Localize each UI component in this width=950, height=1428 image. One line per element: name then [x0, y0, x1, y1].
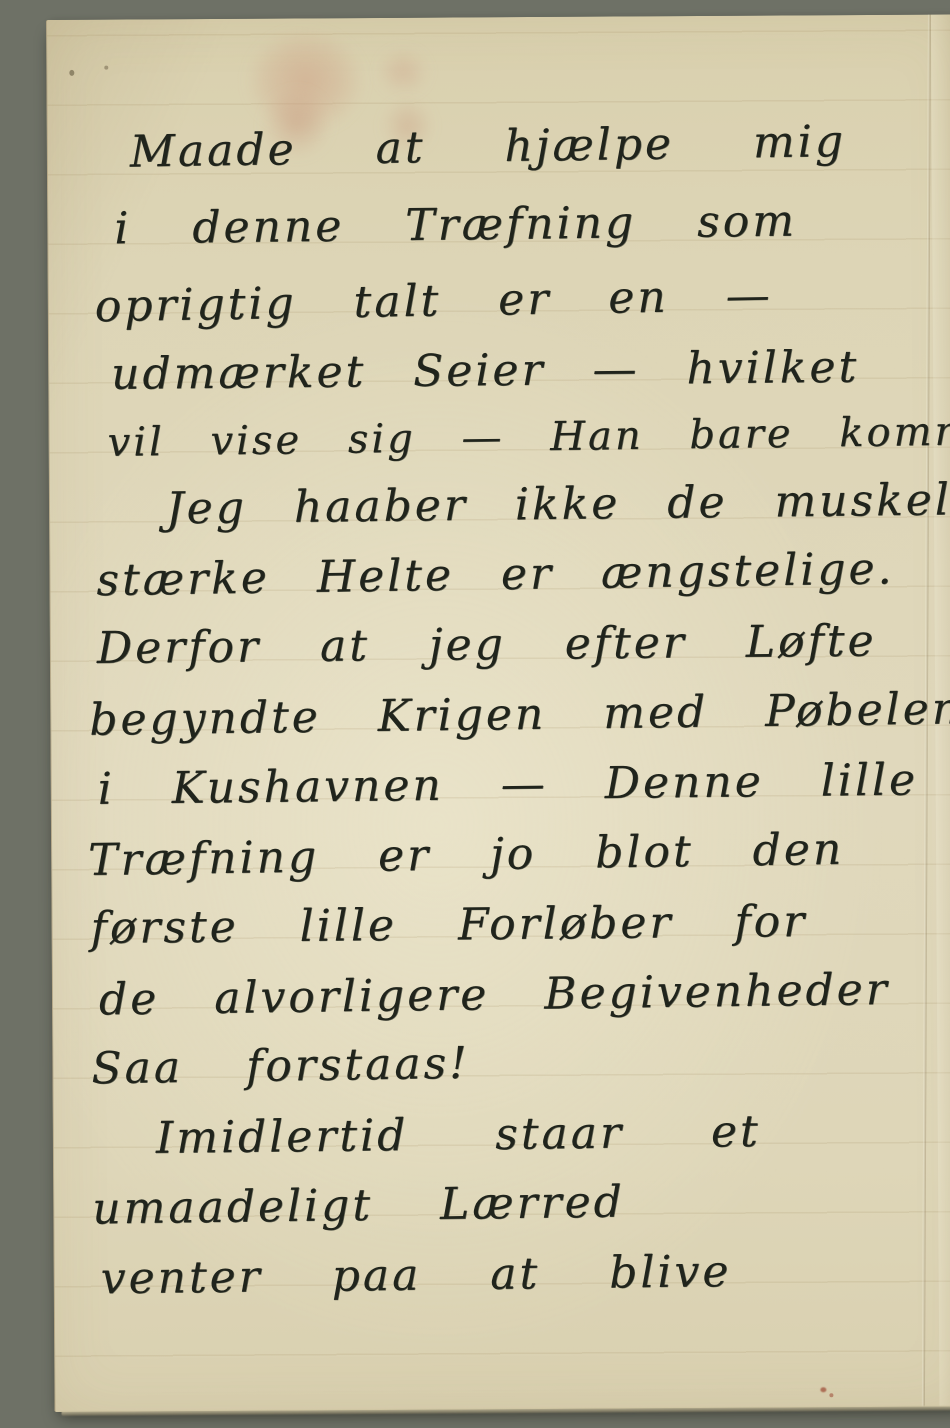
letter-line: i Kushavnen — Denne lille [97, 755, 918, 817]
handwritten-text: Maade at hjælpe mig i denne Træfning som… [47, 14, 950, 1412]
scanned-letter-photo: Maade at hjælpe mig i denne Træfning som… [0, 0, 950, 1428]
letter-line: i denne Træfning som [114, 196, 797, 257]
letter-line: Derfor at jeg efter Løfte [97, 616, 877, 676]
letter-line: første lille Forløber for [90, 896, 807, 956]
letter-line: venter paa at blive [100, 1246, 731, 1306]
letter-line: Maade at hjælpe mig [129, 116, 846, 179]
letter-line: umaadeligt Lærred [92, 1177, 625, 1237]
letter-line: vil vise sig — Han bare komme!! [107, 407, 950, 467]
letter-paper-sheet: Maade at hjælpe mig i denne Træfning som… [46, 14, 950, 1412]
letter-line: stærke Helte er ængstelige. [96, 543, 895, 608]
letter-line: begyndte Krigen med Pøbelen [89, 683, 950, 747]
letter-line: Jeg haaber ikke de muskel- [166, 474, 950, 536]
letter-line: Imidlertid staar et [156, 1106, 761, 1166]
letter-line: oprigtig talt er en — [94, 270, 773, 334]
letter-line: de alvorligere Begivenheder [99, 964, 890, 1027]
letter-line: Saa forstaas! [91, 1038, 470, 1096]
letter-line: Træfning er jo blot den [88, 824, 845, 888]
letter-line: udmærket Seier — hvilket [111, 342, 859, 402]
